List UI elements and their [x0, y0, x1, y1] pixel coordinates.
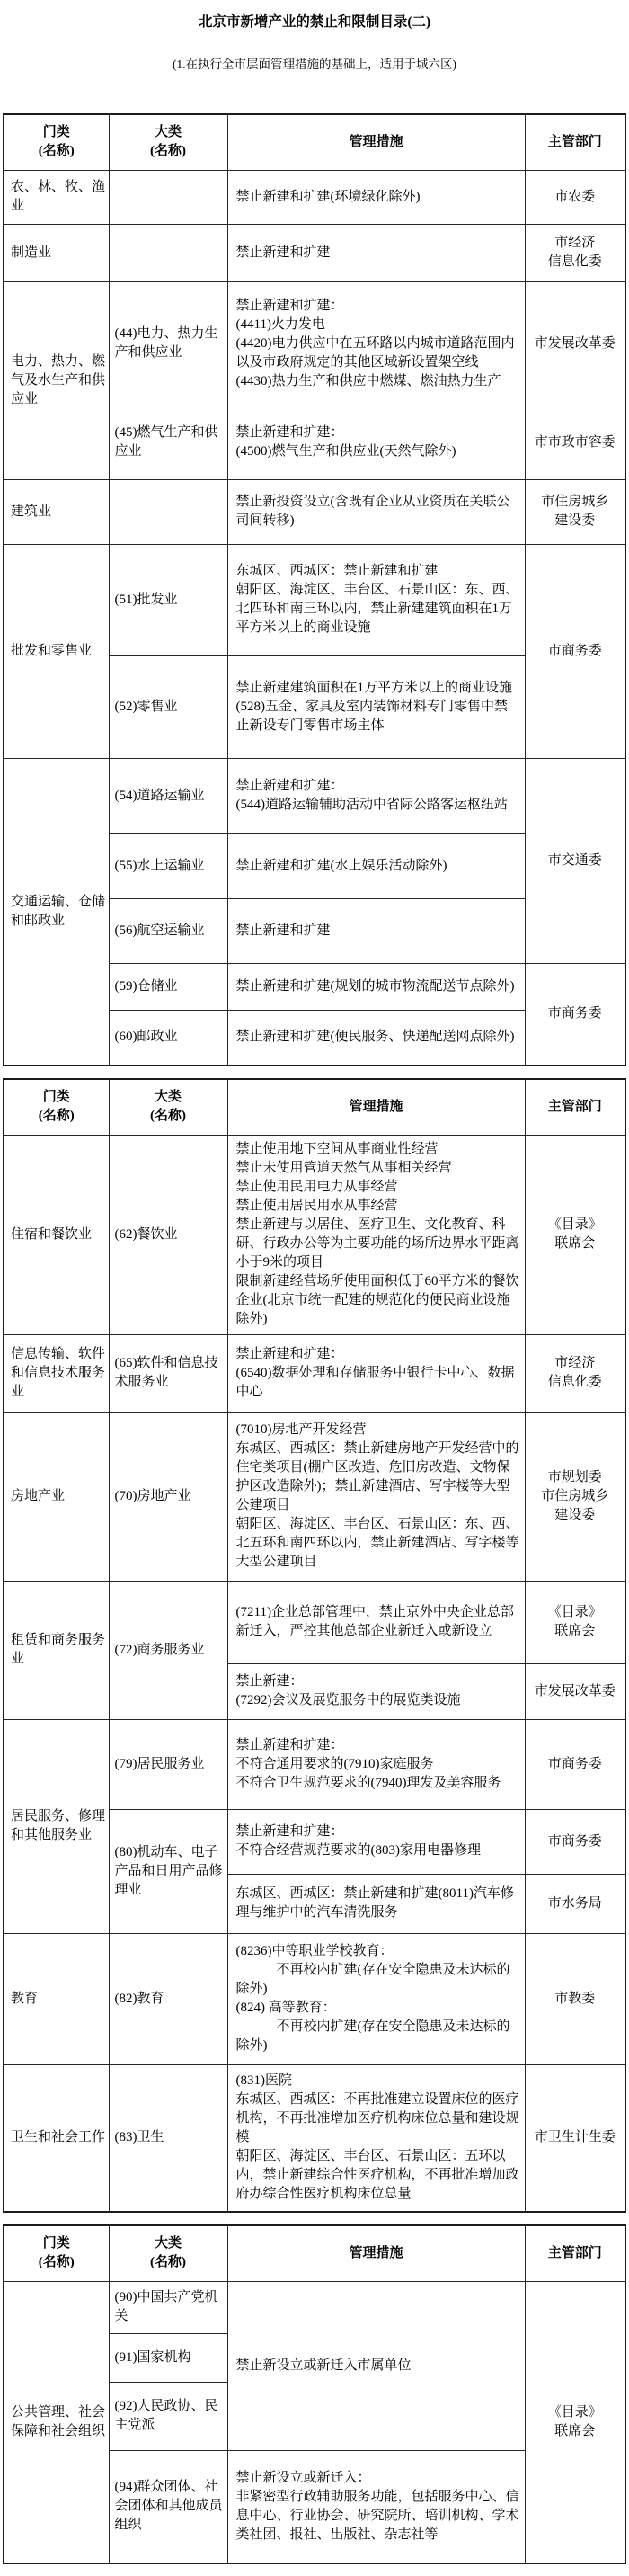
table-row: 住宿和餐饮业 (62)餐饮业 禁止使用地下空间从事商业性经营 禁止未使用管道天然…: [4, 1135, 625, 1334]
measure-cell: 禁止新建和扩建: [227, 898, 525, 963]
page-subtitle: (1.在执行全市层面管理措施的基础上，适用于城六区): [0, 56, 629, 74]
measure-cell: (8236)中等职业学校教育： 不再校内扩建(存在安全隐患及未达标的除外) (8…: [227, 1933, 525, 2064]
subcategory-cell: (59)仓储业: [109, 963, 227, 1010]
table-row: 居民服务、修理和其他服务业 (79)居民服务业 禁止新建和扩建： 不符合通用要求…: [4, 1719, 625, 1809]
header-measures: 管理措施: [227, 2225, 525, 2281]
department-cell: 市商务委: [525, 1719, 625, 1809]
department-cell: 市农委: [525, 170, 625, 224]
subcategory-cell: (70)房地产业: [109, 1412, 227, 1581]
subcategory-cell: (52)零售业: [109, 655, 227, 758]
subcategory-cell: (79)居民服务业: [109, 1719, 227, 1809]
subcategory-cell: (83)卫生: [109, 2064, 227, 2212]
subcategory-cell: [109, 170, 227, 224]
subcategory-cell: (72)商务服务业: [109, 1581, 227, 1719]
subcategory-cell: (65)软件和信息技术服务业: [109, 1334, 227, 1412]
measure-cell: 禁止新建和扩建： 不符合经营规范要求的(803)家用电器修理: [227, 1809, 525, 1874]
header-category: 门类 (名称): [4, 114, 109, 170]
header-subcategory: 大类 (名称): [109, 114, 227, 170]
table-row: 卫生和社会工作 (83)卫生 (831)医院 东城区、西城区：不再批准建立设置床…: [4, 2064, 625, 2212]
measure-cell: 禁止新设立或新迁入： 非紧密型行政辅助服务功能，包括服务中心、信息中心、行业协会…: [227, 2450, 525, 2563]
category-cell: 农、林、牧、渔业: [4, 170, 109, 224]
department-cell: 《目录》 联席会: [525, 2281, 625, 2563]
measure-cell: 禁止新设立或新迁入市属单位: [227, 2281, 525, 2450]
department-cell: 市商务委: [525, 963, 625, 1065]
measure-cell: (7211)企业总部管理中，禁止京外中央企业总部新迁入，严控其他总部企业新迁入或…: [227, 1581, 525, 1663]
measure-cell: 禁止新建和扩建： (544)道路运输辅助活动中省际公路客运枢纽站: [227, 758, 525, 833]
department-cell: 市住房城乡 建设委: [525, 479, 625, 544]
department-cell: 市水务局: [525, 1874, 625, 1933]
catalog-table-3: 门类 (名称) 大类 (名称) 管理措施 主管部门 公共管理、社会保障和社会组织…: [3, 2224, 626, 2564]
category-cell: 交通运输、仓储和邮政业: [4, 758, 109, 1065]
catalog-table-2: 门类 (名称) 大类 (名称) 管理措施 主管部门 住宿和餐饮业 (62)餐饮业…: [3, 1078, 626, 2213]
subcategory-cell: (62)餐饮业: [109, 1135, 227, 1334]
department-cell: 《目录》 联席会: [525, 1581, 625, 1663]
subcategory-cell: [109, 224, 227, 281]
table-row: 信息传输、软件和信息技术服务业 (65)软件和信息技术服务业 禁止新建和扩建： …: [4, 1334, 625, 1412]
measure-cell: 东城区、西城区：禁止新建和扩建(8011)汽车修理与维护中的汽车清洗服务: [227, 1874, 525, 1933]
header-subcategory: 大类 (名称): [109, 1079, 227, 1135]
subcategory-cell: [109, 479, 227, 544]
subcategory-cell: (44)电力、热力生产和供应业: [109, 281, 227, 406]
subcategory-cell: (55)水上运输业: [109, 833, 227, 898]
measure-cell: 东城区、西城区：禁止新建和扩建 朝阳区、海淀区、丰台区、石景山区：东、西、北四环…: [227, 544, 525, 655]
table-row: 电力、热力、燃气及水生产和供应业 (44)电力、热力生产和供应业 禁止新建和扩建…: [4, 281, 625, 406]
page-title: 北京市新增产业的禁止和限制目录(二): [0, 0, 629, 32]
measure-cell: 禁止新建和扩建： 不符合通用要求的(7910)家庭服务 不符合卫生规范要求的(7…: [227, 1719, 525, 1809]
measure-cell: 禁止新建： (7292)会议及展览服务中的展览类设施: [227, 1663, 525, 1719]
subcategory-cell: (56)航空运输业: [109, 898, 227, 963]
table-row: 批发和零售业 (51)批发业 东城区、西城区：禁止新建和扩建 朝阳区、海淀区、丰…: [4, 544, 625, 655]
category-cell: 教育: [4, 1933, 109, 2064]
table-row: 公共管理、社会保障和社会组织 (90)中国共产党机关 禁止新设立或新迁入市属单位…: [4, 2281, 625, 2333]
measure-cell: 禁止使用地下空间从事商业性经营 禁止未使用管道天然气从事相关经营 禁止使用民用电…: [227, 1135, 525, 1334]
subcategory-cell: (54)道路运输业: [109, 758, 227, 833]
subcategory-cell: (90)中国共产党机关: [109, 2281, 227, 2333]
table-row: 建筑业 禁止新投资设立(含既有企业从业资质在关联公司间转移) 市住房城乡 建设委: [4, 479, 625, 544]
measure-cell: 禁止新投资设立(含既有企业从业资质在关联公司间转移): [227, 479, 525, 544]
measure-cell: 禁止新建和扩建(便民服务、快递配送网点除外): [227, 1010, 525, 1065]
measure-cell: 禁止新建和扩建： (4411)火力发电 (4420)电力供应中在五环路以内城市道…: [227, 281, 525, 406]
measure-cell: 禁止新建和扩建： (4500)燃气生产和供应业(天然气除外): [227, 406, 525, 479]
subcategory-cell: (92)人民政协、民主党派: [109, 2382, 227, 2450]
measure-cell: 禁止新建建筑面积在1万平方米以上的商业设施 (528)五金、家具及室内装饰材料专…: [227, 655, 525, 758]
category-cell: 制造业: [4, 224, 109, 281]
measure-cell: 禁止新建和扩建(规划的城市物流配送节点除外): [227, 963, 525, 1010]
department-cell: 市经济 信息化委: [525, 1334, 625, 1412]
department-cell: 市经济 信息化委: [525, 224, 625, 281]
department-cell: 市商务委: [525, 1809, 625, 1874]
category-cell: 批发和零售业: [4, 544, 109, 758]
measure-cell: 禁止新建和扩建(水上娱乐活动除外): [227, 833, 525, 898]
category-cell: 住宿和餐饮业: [4, 1135, 109, 1334]
table-row: 交通运输、仓储和邮政业 (54)道路运输业 禁止新建和扩建： (544)道路运输…: [4, 758, 625, 833]
category-cell: 公共管理、社会保障和社会组织: [4, 2281, 109, 2563]
subcategory-cell: (91)国家机构: [109, 2333, 227, 2382]
table-header-row: 门类 (名称) 大类 (名称) 管理措施 主管部门: [4, 2225, 625, 2281]
measure-cell: 禁止新建和扩建(环境绿化除外): [227, 170, 525, 224]
subcategory-cell: (80)机动车、电子产品和日用产品修理业: [109, 1809, 227, 1933]
subcategory-cell: (45)燃气生产和供应业: [109, 406, 227, 479]
subcategory-cell: (94)群众团体、社会团体和其他成员组织: [109, 2450, 227, 2563]
table-row: 农、林、牧、渔业 禁止新建和扩建(环境绿化除外) 市农委: [4, 170, 625, 224]
measure-cell: (831)医院 东城区、西城区：不再批准建立设置床位的医疗机构，不再批准增加医疗…: [227, 2064, 525, 2212]
table-header-row: 门类 (名称) 大类 (名称) 管理措施 主管部门: [4, 1079, 625, 1135]
category-cell: 信息传输、软件和信息技术服务业: [4, 1334, 109, 1412]
header-department: 主管部门: [525, 114, 625, 170]
department-cell: 市市政市容委: [525, 406, 625, 479]
department-cell: 市教委: [525, 1933, 625, 2064]
measure-cell: 禁止新建和扩建： (6540)数据处理和存储服务中银行卡中心、数据中心: [227, 1334, 525, 1412]
header-department: 主管部门: [525, 2225, 625, 2281]
department-cell: 市卫生计生委: [525, 2064, 625, 2212]
header-category: 门类 (名称): [4, 2225, 109, 2281]
department-cell: 市商务委: [525, 544, 625, 758]
header-subcategory: 大类 (名称): [109, 2225, 227, 2281]
category-cell: 建筑业: [4, 479, 109, 544]
subcategory-cell: (60)邮政业: [109, 1010, 227, 1065]
table-row: 制造业 禁止新建和扩建 市经济 信息化委: [4, 224, 625, 281]
subcategory-cell: (51)批发业: [109, 544, 227, 655]
header-category: 门类 (名称): [4, 1079, 109, 1135]
table-row: 教育 (82)教育 (8236)中等职业学校教育： 不再校内扩建(存在安全隐患及…: [4, 1933, 625, 2064]
header-measures: 管理措施: [227, 114, 525, 170]
measure-cell: (7010)房地产开发经营 东城区、西城区：禁止新建房地产开发经营中的住宅类项目…: [227, 1412, 525, 1581]
department-cell: 市规划委 市住房城乡 建设委: [525, 1412, 625, 1581]
catalog-table-1: 门类 (名称) 大类 (名称) 管理措施 主管部门 农、林、牧、渔业 禁止新建和…: [3, 113, 626, 1066]
department-cell: 市交通委: [525, 758, 625, 963]
category-cell: 租赁和商务服务业: [4, 1581, 109, 1719]
category-cell: 居民服务、修理和其他服务业: [4, 1719, 109, 1933]
department-cell: 市发展改革委: [525, 281, 625, 406]
table-row: 房地产业 (70)房地产业 (7010)房地产开发经营 东城区、西城区：禁止新建…: [4, 1412, 625, 1581]
table-header-row: 门类 (名称) 大类 (名称) 管理措施 主管部门: [4, 114, 625, 170]
category-cell: 卫生和社会工作: [4, 2064, 109, 2212]
header-department: 主管部门: [525, 1079, 625, 1135]
category-cell: 房地产业: [4, 1412, 109, 1581]
category-cell: 电力、热力、燃气及水生产和供应业: [4, 281, 109, 479]
measure-cell: 禁止新建和扩建: [227, 224, 525, 281]
department-cell: 市发展改革委: [525, 1663, 625, 1719]
table-row: 租赁和商务服务业 (72)商务服务业 (7211)企业总部管理中，禁止京外中央企…: [4, 1581, 625, 1663]
department-cell: 《目录》 联席会: [525, 1135, 625, 1334]
header-measures: 管理措施: [227, 1079, 525, 1135]
subcategory-cell: (82)教育: [109, 1933, 227, 2064]
